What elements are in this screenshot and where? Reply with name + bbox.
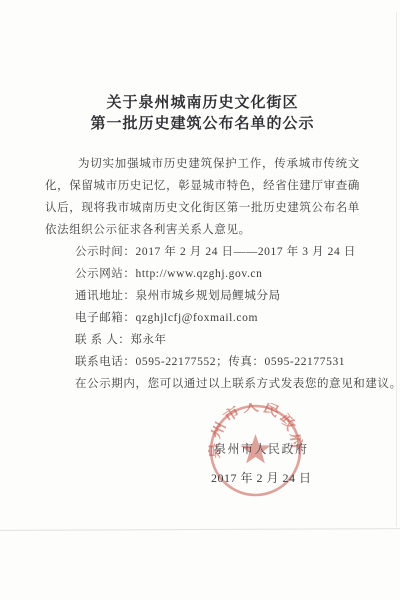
info-line-publicity-period: 公示时间：2017 年 2 月 24 日——2017 年 3 月 24 日: [45, 241, 360, 263]
signature-date: 2017 年 2 月 24 日: [211, 469, 312, 486]
title-line-2: 第一批历史建筑公布名单的公示: [45, 114, 360, 135]
info-line-email: 电子邮箱：qzghjlcfj@foxmail.com: [45, 307, 360, 329]
info-value-contact-person: 郑永年: [130, 334, 166, 346]
intro-paragraph: 为切实加强城市历史建筑保护工作，传承城市传统文化，保留城市历史记忆，彰显城市特色…: [45, 153, 360, 241]
info-label-address: 通讯地址：: [75, 290, 136, 302]
document-page: 关于泉州城南历史文化街区 第一批历史建筑公布名单的公示 为切实加强城市历史建筑保…: [0, 0, 400, 600]
scan-edge-bottom-line: [0, 528, 400, 531]
document-title: 关于泉州城南历史文化街区 第一批历史建筑公布名单的公示: [45, 93, 360, 135]
info-label-phone-fax: 联系电话：: [75, 356, 136, 368]
info-label-email: 电子邮箱：: [75, 312, 136, 324]
title-line-1: 关于泉州城南历史文化街区: [45, 93, 360, 114]
info-label-publicity-period: 公示时间：: [75, 246, 136, 258]
closing-note: 在公示期内，您可以通过以上联系方式发表您的意见和建议。: [45, 373, 360, 395]
signature-org: 泉州市人民政府: [214, 440, 309, 457]
info-value-phone-fax: 0595-22177552；传真：0595-22177531: [136, 356, 346, 368]
info-label-contact-person: 联 系 人：: [75, 334, 130, 346]
info-line-phone-fax: 联系电话：0595-22177552；传真：0595-22177531: [45, 351, 360, 373]
info-label-website: 公示网站：: [75, 268, 136, 280]
contact-info-list: 公示时间：2017 年 2 月 24 日——2017 年 3 月 24 日 公示…: [45, 241, 360, 373]
info-value-publicity-period: 2017 年 2 月 24 日——2017 年 3 月 24 日: [136, 246, 356, 258]
info-value-website: http://www.qzghj.gov.cn: [136, 268, 263, 280]
info-line-website: 公示网站：http://www.qzghj.gov.cn: [45, 263, 360, 285]
info-line-address: 通讯地址：泉州市城乡规划局鲤城分局: [45, 285, 360, 307]
scan-edge-right-line: [396, 12, 397, 527]
document-content: 关于泉州城南历史文化街区 第一批历史建筑公布名单的公示 为切实加强城市历史建筑保…: [0, 0, 400, 395]
info-line-contact-person: 联 系 人：郑永年: [45, 329, 360, 351]
info-value-address: 泉州市城乡规划局鲤城分局: [136, 290, 281, 302]
info-value-email: qzghjlcfj@foxmail.com: [136, 312, 259, 324]
